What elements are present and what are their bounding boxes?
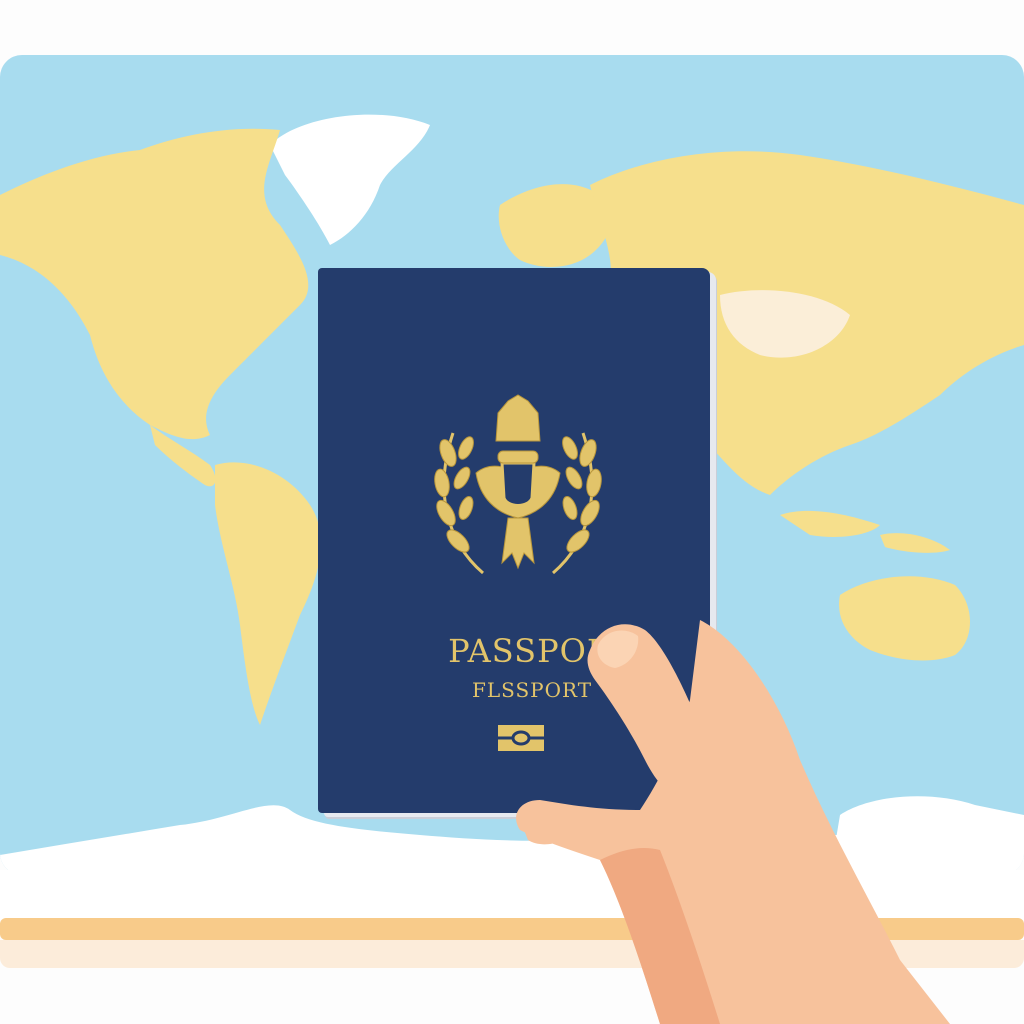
hand-icon — [0, 0, 1024, 1024]
